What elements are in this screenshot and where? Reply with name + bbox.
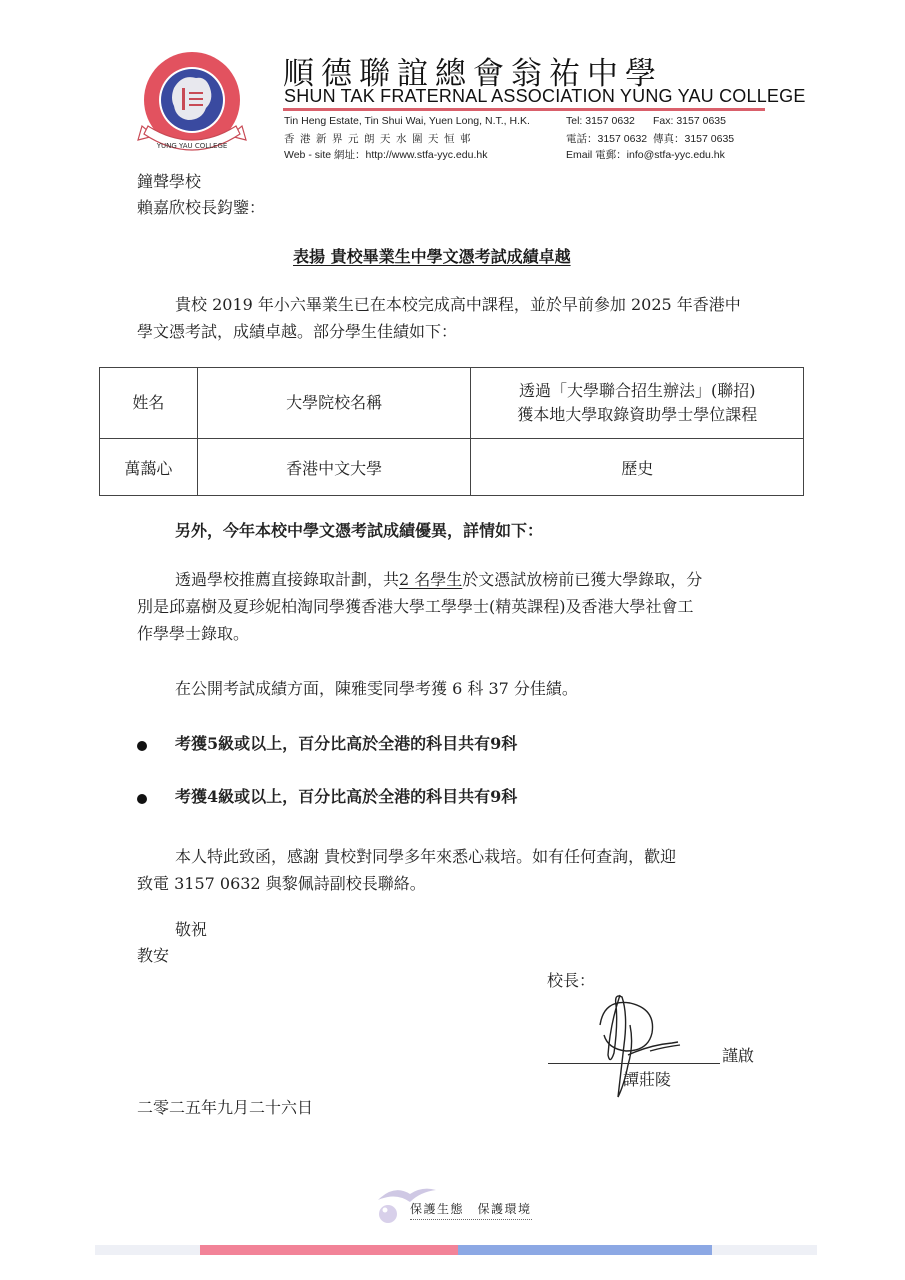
telephone-zh: 電話：3157 0632 [566, 131, 647, 146]
svg-text:YUNG YAU COLLEGE: YUNG YAU COLLEGE [156, 142, 228, 150]
public-exam-result: 在公開考試成績方面，陳雅雯同學考獲 6 科 37 分佳績。 [175, 677, 578, 701]
direct-admission-pre: 透過學校推薦直接錄取計劃，共 [175, 570, 399, 589]
footer-bar-left [95, 1245, 200, 1255]
direct-admission-count: 2 名學生 [399, 570, 462, 589]
bullet-icon [137, 794, 147, 804]
telephone: Tel: 3157 0632 [566, 115, 635, 127]
direct-admission-line-1: 透過學校推薦直接錄取計劃，共2 名學生於文憑試放榜前已獲大學錄取，分 [175, 568, 702, 592]
fax: Fax: 3157 0635 [653, 115, 726, 127]
header-divider [283, 108, 765, 111]
footer-bar-right [712, 1245, 817, 1255]
address-zh: 香港新界元朗天水圍天恒邨 [284, 131, 476, 146]
header-name: 姓名 [100, 368, 198, 439]
intro-line-2: 學文憑考試，成績卓越。部分學生佳績如下： [137, 320, 457, 344]
header-programme-line-2: 獲本地大學取錄資助學士學位課程 [472, 403, 802, 427]
direct-admission-line-3: 作學學士錄取。 [137, 622, 249, 646]
recipient-principal: 賴嘉欣校長鈞鑒： [137, 196, 265, 220]
email-link[interactable]: Email 電郵：info@stfa-yyc.edu.hk [566, 147, 725, 162]
bullet-icon [137, 741, 147, 751]
recipient-school: 鐘聲學校 [137, 170, 201, 194]
signature-suffix: 謹啟 [722, 1044, 754, 1068]
closing-salutation: 敬祝 [175, 918, 207, 942]
website-link[interactable]: Web - site 網址：http://www.stfa-yyc.edu.hk [284, 147, 487, 162]
cell-programme: 歷史 [471, 439, 804, 496]
thanks-line-2: 致電 3157 0632 與黎佩詩副校長聯絡。 [137, 872, 426, 896]
cell-university: 香港中文大學 [197, 439, 471, 496]
header-programme-line-1: 透過「大學聯合招生辦法」(聯招) [472, 379, 802, 403]
school-crest-icon: YUNG YAU COLLEGE [136, 48, 248, 160]
direct-admission-line-2: 別是邱嘉樹及夏珍妮柏淘同學獲香港大學工學學士(精英課程)及香港大學社會工 [137, 595, 694, 619]
letter-subject: 表揚 貴校畢業生中學文憑考試成績卓越 [293, 245, 571, 269]
cell-student-name: 萬藹心 [100, 439, 198, 496]
header-programme: 透過「大學聯合招生辦法」(聯招) 獲本地大學取錄資助學士學位課程 [471, 368, 804, 439]
school-name-en: SHUN TAK FRATERNAL ASSOCIATION YUNG YAU … [284, 86, 806, 107]
school-logo: YUNG YAU COLLEGE [136, 48, 248, 160]
letter-date: 二零二五年九月二十六日 [137, 1096, 313, 1120]
eco-slogan: 保護生態 保護環境 [410, 1200, 532, 1220]
address-en: Tin Heng Estate, Tin Shui Wai, Yuen Long… [284, 115, 530, 127]
signature-line [548, 1063, 720, 1064]
also-heading: 另外，今年本校中學文憑考試成績優異，詳情如下： [175, 519, 543, 543]
signature-label: 校長： [547, 969, 595, 993]
principal-name: 譚莊陵 [623, 1068, 671, 1092]
thanks-line-1: 本人特此致函，感謝 貴校對同學多年來悉心栽培。如有任何查詢，歡迎 [175, 845, 676, 869]
table-header-row: 姓名 大學院校名稱 透過「大學聯合招生辦法」(聯招) 獲本地大學取錄資助學士學位… [100, 368, 804, 439]
results-table: 姓名 大學院校名稱 透過「大學聯合招生辦法」(聯招) 獲本地大學取錄資助學士學位… [99, 367, 804, 496]
closing-wish: 教安 [137, 944, 169, 968]
direct-admission-post: 於文憑試放榜前已獲大學錄取，分 [462, 570, 702, 589]
bullet-item-2: 考獲4級或以上，百分比高於全港的科目共有9科 [175, 785, 517, 809]
fax-zh: 傳真：3157 0635 [653, 131, 734, 146]
header-university: 大學院校名稱 [197, 368, 471, 439]
bullet-item-1: 考獲5級或以上，百分比高於全港的科目共有9科 [175, 732, 517, 756]
footer-bar-pink [200, 1245, 458, 1255]
intro-line-1: 貴校 2019 年小六畢業生已在本校完成高中課程，並於早前參加 2025 年香港… [175, 293, 741, 317]
table-row: 萬藹心 香港中文大學 歷史 [100, 439, 804, 496]
footer-bar-blue [458, 1245, 712, 1255]
